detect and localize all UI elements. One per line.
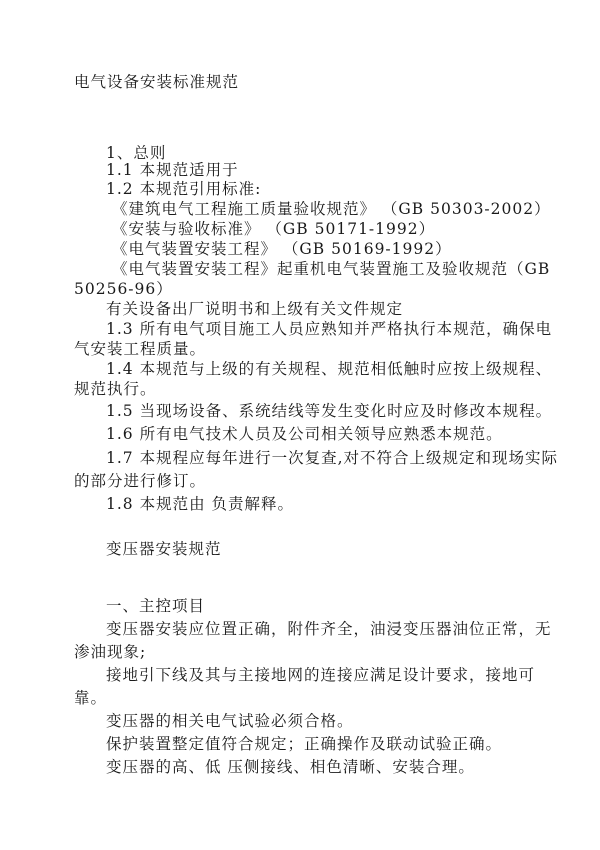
clause-1-2: 1.2 本规范引用标准: [106,179,261,199]
clause-1-7: 1.7 本规程应每年进行一次复查,对不符合上级规定和现场实际 [106,448,558,468]
section-heading-transformer: 变压器安装规范 [106,539,222,559]
reference-standard: 《建筑电气工程施工质量验收规范》 （GB 50303-2002） [112,199,551,219]
transformer-item-cont: 渗油现象; [74,642,146,662]
clause-1-3-cont: 气安装工程质量。 [74,339,206,359]
clause-1-4-cont: 规范执行。 [74,379,157,399]
clause-1-6: 1.6 所有电气技术人员及公司相关领导应熟悉本规范。 [106,424,503,444]
clause-1-8: 1.8 本规范由 负责解释。 [106,494,294,514]
reference-standard: 《电气装置安装工程》起重机电气装置施工及验收规范（GB [112,259,550,279]
document-title: 电气设备安装标准规范 [74,72,239,92]
clause-1-3: 1.3 所有电气项目施工人员应熟知并严格执行本规范，确保电 [106,319,552,339]
transformer-item-cont: 靠。 [74,688,107,708]
reference-standard: 《电气装置安装工程》 （GB 50169-1992） [112,239,452,259]
transformer-item: 变压器的高、低 压侧接线、相色清晰、安装合理。 [106,757,475,777]
reference-standard-cont: 50256-96） [74,279,173,299]
transformer-item: 变压器的相关电气试验必须合格。 [106,711,354,731]
clause-1-1: 1.1 本规范适用于 [106,160,239,180]
reference-other: 有关设备出厂说明书和上级有关文件规定 [106,299,403,319]
transformer-item: 接地引下线及其与主接地网的连接应满足设计要求，接地可 [106,665,535,685]
clause-1-4: 1.4 本规范与上级的有关规程、规范相低触时应按上级规程、 [106,359,552,379]
reference-standard: 《安装与验收标准》 （GB 50171-1992） [112,219,435,239]
subheading-main-control: 一、主控项目 [106,596,205,616]
transformer-item: 保护装置整定值符合规定；正确操作及联动试验正确。 [106,734,502,754]
clause-1-7-cont: 的部分进行修订。 [74,471,206,491]
transformer-item: 变压器安装应位置正确，附件齐全，油浸变压器油位正常，无 [106,619,552,639]
clause-1-5: 1.5 当现场设备、系统结线等发生变化时应及时修改本规程。 [106,401,552,421]
